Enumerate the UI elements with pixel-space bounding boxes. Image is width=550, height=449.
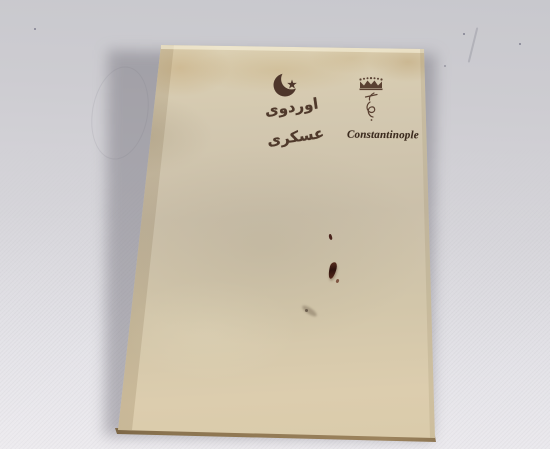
surface-speck [463,33,465,35]
surface-speck [34,28,36,30]
crown-monogram-icon [356,76,386,124]
surface-speck [519,43,521,45]
photo-scene: اوردوى عسكرى Constantinople [0,0,550,449]
place-label: Constantinople [347,129,419,142]
surface-speck [444,65,446,67]
faint-smudge-dot [305,309,308,312]
